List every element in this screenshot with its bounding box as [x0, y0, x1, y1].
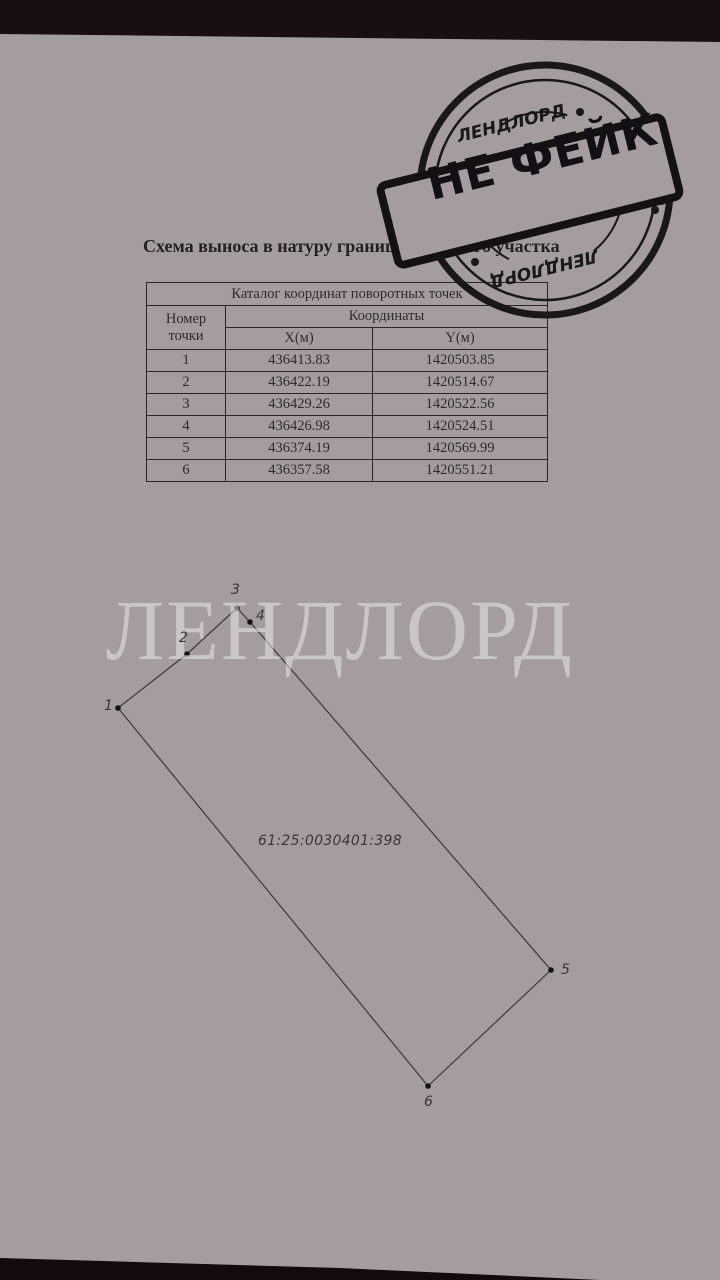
- stamp-ring: ЛЕНДЛОРД ЛЕНДЛОРД: [0, 0, 720, 400]
- boundary-point: [425, 1083, 431, 1089]
- svg-text:ЛЕНДЛОРД: ЛЕНДЛОРД: [487, 245, 601, 292]
- point-label: 4: [256, 608, 265, 624]
- stamp-ring-bottom-text: ЛЕНДЛОРД: [487, 245, 601, 292]
- point-label: 1: [104, 698, 113, 714]
- point-label: 2: [179, 630, 188, 646]
- point-label: 6: [424, 1094, 433, 1110]
- point-label: 5: [561, 962, 570, 978]
- boundary-point: [548, 967, 554, 973]
- point-label: 3: [231, 582, 240, 598]
- boundary-point: [115, 705, 121, 711]
- cadastral-number: 61:25:0030401:398: [258, 833, 402, 849]
